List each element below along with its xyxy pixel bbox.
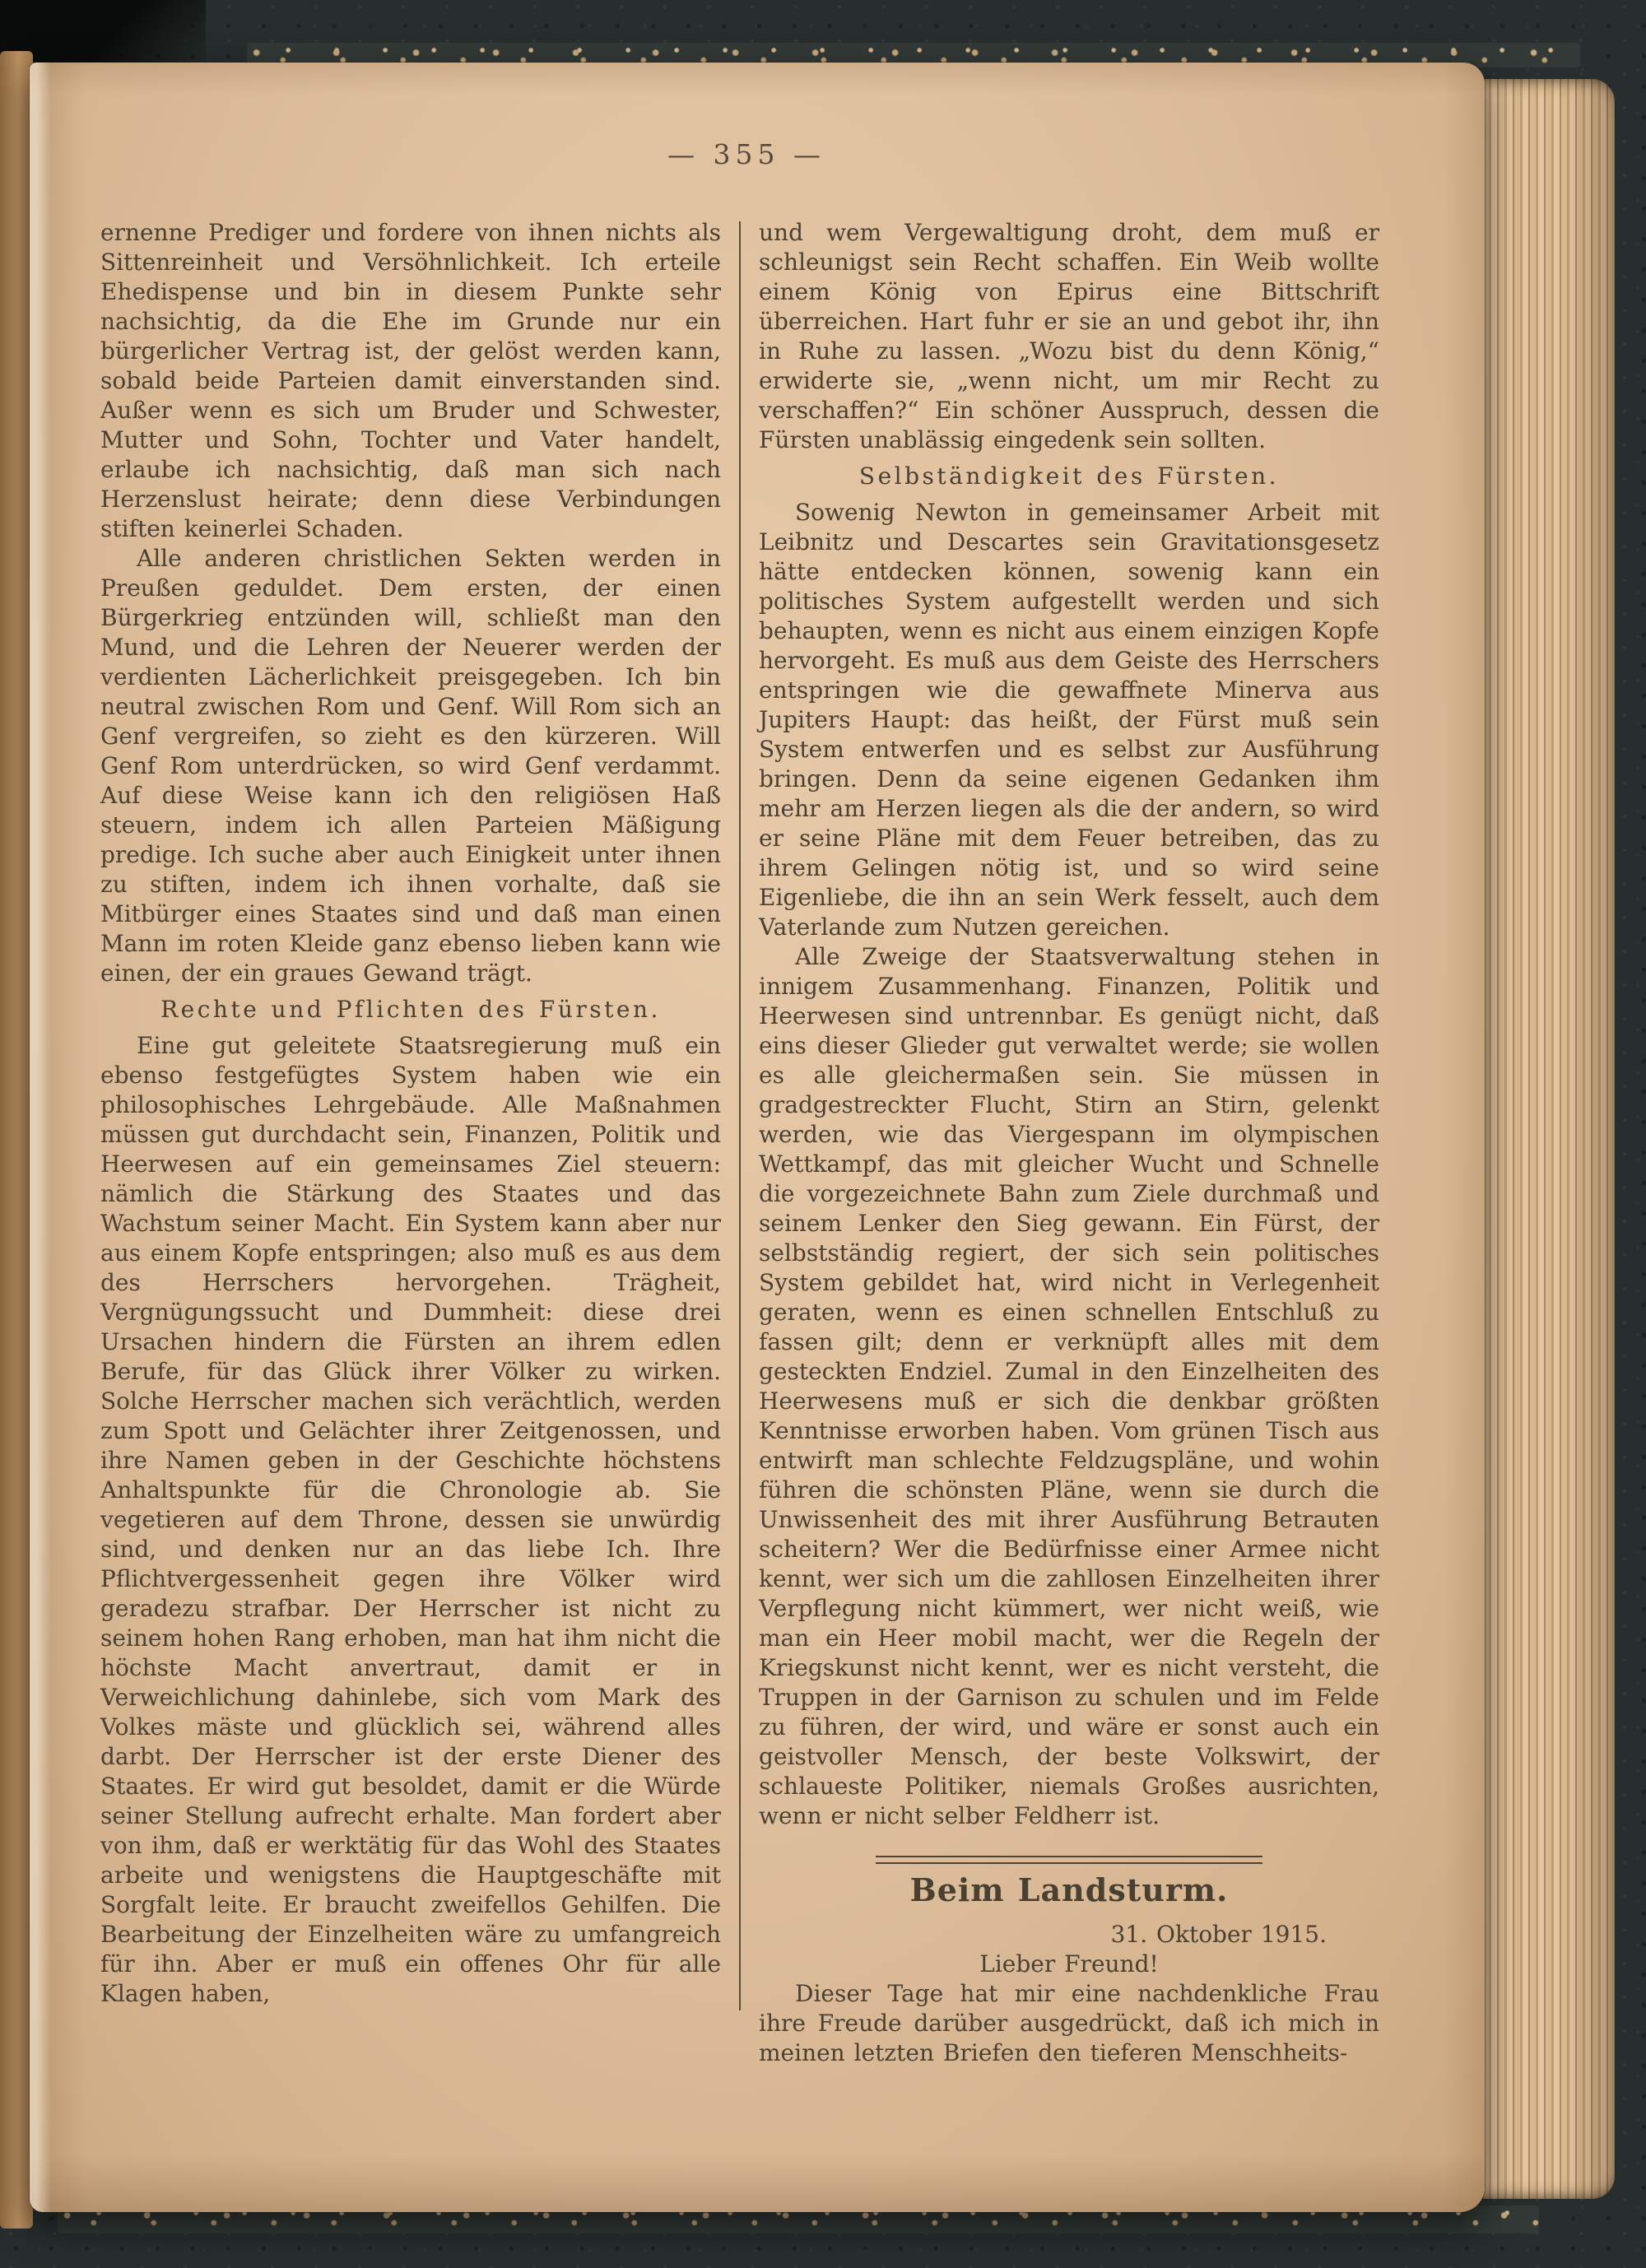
scanned-page: — 355 — ernenne Prediger und fordere von… [30,63,1485,2212]
article-salutation: Lieber Freund! [759,1950,1379,1979]
book-cover-backdrop: — 355 — ernenne Prediger und fordere von… [0,0,1646,2268]
paragraph-justice: und wem Vergewaltigung droht, dem muß er… [759,218,1379,455]
paragraph-newton: Sowenig Newton in gemeinsamer Arbeit mit… [759,498,1379,942]
paragraph-branches: Alle Zweige der Staatsverwaltung stehen … [759,942,1379,1831]
book-spine-edge [0,51,33,2228]
section-heading-independence: Selbständigkeit des Fürsten. [759,462,1379,491]
column-divider-rule [739,221,741,2010]
article-dateline: 31. Oktober 1915. [759,1920,1379,1950]
fore-edge-page-stack [1483,79,1615,2199]
paragraph-government: Eine gut geleitete Staatsregierung muß e… [100,1031,721,2009]
section-heading-rights-duties: Rechte und Pflichten des Fürsten. [100,995,721,1025]
page-number: — 355 — [100,138,1393,170]
text-columns: ernenne Prediger und fordere von ihnen n… [100,218,1393,2068]
page-content: — 355 — ernenne Prediger und fordere von… [30,63,1485,2212]
paragraph-sects: Alle anderen christlichen Sekten werden … [100,544,721,988]
article-separator-double-rule [876,1856,1262,1864]
column-right: und wem Vergewaltigung droht, dem muß er… [759,218,1379,2068]
article-title: Beim Landsturm. [759,1875,1379,1905]
paragraph-article-opening: Dieser Tage hat mir eine nachdenkliche F… [759,1979,1379,2068]
paragraph-clergy: ernenne Prediger und fordere von ihnen n… [100,218,721,544]
column-left: ernenne Prediger und fordere von ihnen n… [100,218,721,2068]
